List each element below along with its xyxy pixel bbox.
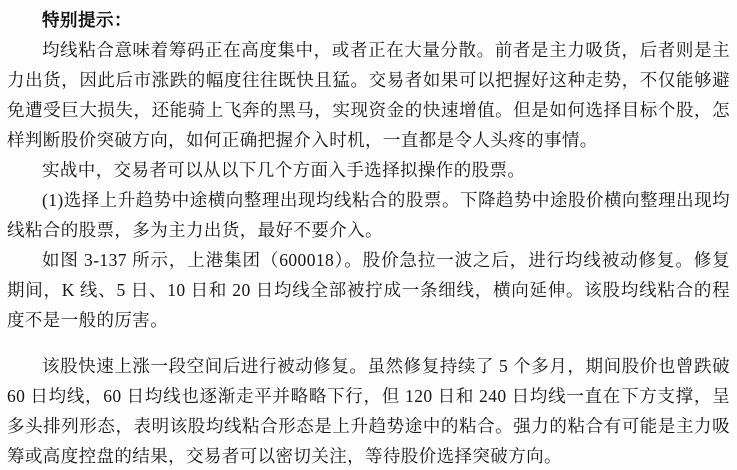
paragraph-selection-rule-1: (1)选择上升趋势中途横向整理出现均线粘合的股票。下降趋势中途股价横向整理出现均… xyxy=(7,185,730,245)
paragraph-overview: 均线粘合意味着筹码正在高度集中，或者正在大量分散。前者是主力吸货，后者则是主力出… xyxy=(7,35,730,155)
section-heading: 特别提示： xyxy=(7,5,730,35)
paragraph-practice-intro: 实战中，交易者可以从以下几个方面入手选择拟操作的股票。 xyxy=(7,155,730,185)
paragraph-analysis-conclusion: 该股快速上涨一段空间后进行被动修复。虽然修复持续了 5 个多月，期间股价也曾跌破… xyxy=(7,351,730,470)
paragraph-example-figure-3-137: 如图 3-137 所示，上港集团（600018）。股价急拉一波之后，进行均线被动… xyxy=(7,245,730,335)
document-page: 特别提示： 均线粘合意味着筹码正在高度集中，或者正在大量分散。前者是主力吸货，后… xyxy=(0,0,737,470)
